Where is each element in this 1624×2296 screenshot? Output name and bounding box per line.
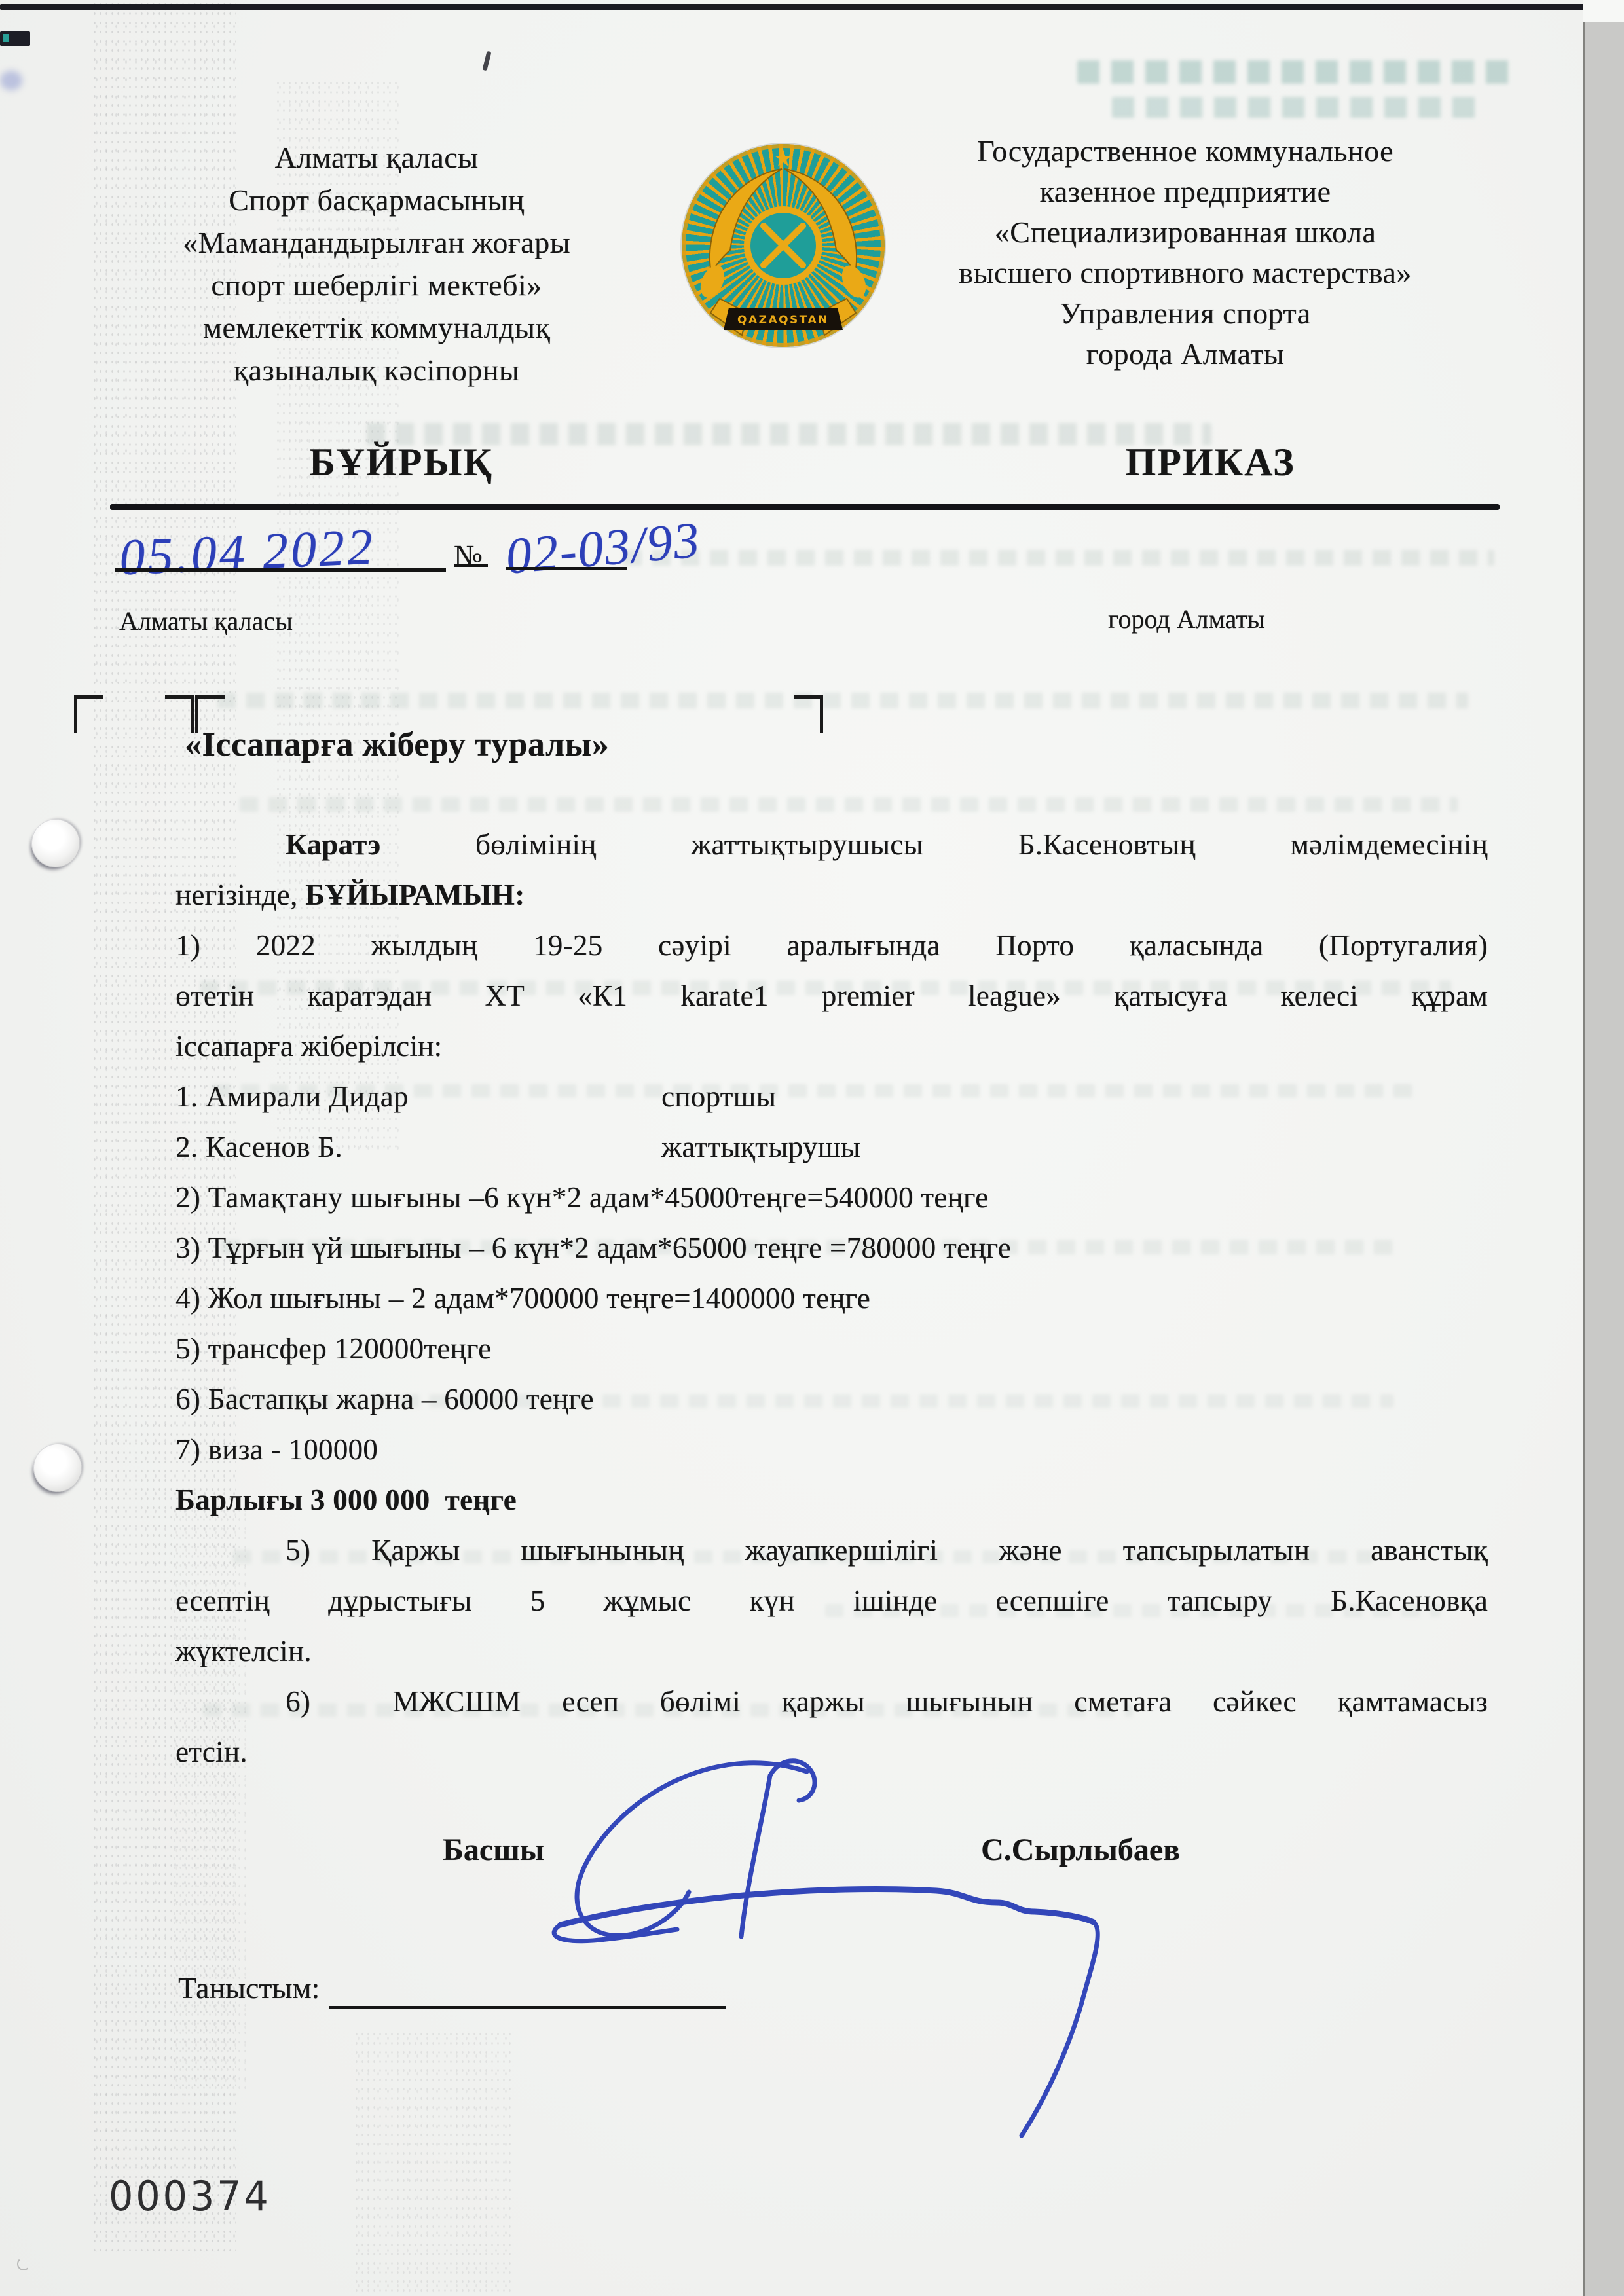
body-line: жүктелсін. — [175, 1626, 1488, 1677]
expense-line: 7) виза - 100000 — [175, 1425, 1488, 1475]
expense-line: 6) Бастапқы жарна – 60000 теңге — [175, 1374, 1488, 1425]
org-line: «Мамандандырылған жоғары — [147, 221, 606, 264]
expense-line: 4) Жол шығыны – 2 адам*700000 теңге=1400… — [175, 1273, 1488, 1324]
date-underline — [115, 568, 446, 572]
body-line: 1) 2022 жылдың 19-25 сәуірі аралығында П… — [175, 920, 1488, 971]
bleedthrough-text — [623, 550, 1494, 566]
place-russian: город Алматы — [1108, 604, 1265, 634]
org-header-russian: Государственное коммунальное казенное пр… — [936, 131, 1434, 374]
order-date-handwritten: 05.04 2022 — [118, 517, 377, 587]
org-line: Государственное коммунальное — [936, 131, 1434, 172]
intro-bold-word: Каратэ — [286, 828, 380, 861]
org-header-kazakh: Алматы қаласы Спорт басқармасының «Маман… — [147, 136, 606, 392]
scan-right-edge — [1583, 22, 1624, 2296]
crop-mark — [794, 695, 823, 733]
kazakhstan-emblem-icon: QAZAQSTAN — [682, 144, 885, 347]
expense-line: 2) Тамақтану шығыны –6 күн*2 адам*45000т… — [175, 1173, 1488, 1223]
org-line: казенное предприятие — [936, 172, 1434, 212]
total-line: Барлығы 3 000 000 теңге — [175, 1475, 1488, 1525]
org-line: высшего спортивного мастерства» — [936, 253, 1434, 293]
scan-pen-mark — [17, 2257, 30, 2270]
order-body: Каратэ бөлімінің жаттықтырушысы Б.Касено… — [175, 820, 1488, 1777]
crew-row: 1. Амирали Дидарспортшы — [175, 1072, 1488, 1122]
body-line: есептің дұрыстығы 5 жұмыс күн ішінде есе… — [175, 1576, 1488, 1626]
crew-role: спортшы — [661, 1072, 776, 1122]
number-underline — [506, 567, 627, 570]
crew-name: 1. Амирали Дидар — [175, 1072, 661, 1122]
intro-rest: бөлімінің жаттықтырушысы Б.Касеновтың мә… — [475, 828, 1488, 861]
intro-lead: негізінде, — [175, 879, 298, 911]
scanned-order-document: Алматы қаласы Спорт басқармасының «Маман… — [0, 0, 1624, 2296]
subject-title: «Іссапарға жіберу туралы» — [185, 725, 609, 764]
acknowledgement-signature-line — [329, 2006, 726, 2009]
order-heading-kazakh: БҰЙРЫҚ — [309, 440, 479, 485]
body-line: іссапарға жіберілсін: — [175, 1021, 1488, 1072]
expense-line: 3) Тұрғын үй шығыны – 6 күн*2 адам*65000… — [175, 1223, 1488, 1273]
hole-punch — [33, 1444, 82, 1492]
body-line: 6) МЖСШМ есеп бөлімі қаржы шығынын смета… — [175, 1677, 1488, 1727]
order-number-handwritten: 02-03/93 — [504, 510, 703, 586]
body-intro-line: негізінде, БҰЙЫРАМЫН: — [175, 870, 1488, 920]
expense-line: 5) трансфер 120000теңге — [175, 1324, 1488, 1374]
number-sign: № — [454, 538, 483, 573]
body-line: етсін. — [175, 1727, 1488, 1777]
crew-name: 2. Касенов Б. — [175, 1122, 661, 1173]
scan-speckle-band — [354, 2030, 511, 2296]
order-verb: БҰЙЫРАМЫН: — [305, 879, 525, 911]
signatory-name: С.Сырлыбаев — [981, 1832, 1180, 1868]
number-sign-underline — [454, 564, 488, 567]
place-kazakh: Алматы қаласы — [119, 606, 293, 636]
bleedthrough-text — [367, 423, 1211, 445]
emblem-banner-text: QAZAQSTAN — [737, 314, 829, 327]
crop-mark — [74, 695, 103, 733]
acknowledgement-label: Таныстым: — [178, 1971, 320, 2005]
body-line: өтетін каратэдан ХТ «К1 karate1 premier … — [175, 971, 1488, 1021]
crew-row: 2. Касенов Б.жаттықтырушы — [175, 1122, 1488, 1173]
bleedthrough-text — [1112, 97, 1479, 118]
emblem-art: QAZAQSTAN — [682, 144, 885, 347]
org-line: Управления спорта — [936, 293, 1434, 334]
org-line: города Алматы — [936, 334, 1434, 374]
org-line: мемлекеттік коммуналдық — [147, 306, 606, 349]
bleedthrough-text — [240, 797, 1458, 812]
scan-ink-smudge — [0, 71, 22, 90]
scan-tick-mark — [482, 51, 491, 71]
separator-rule — [110, 504, 1500, 510]
org-line: «Специализированная школа — [936, 212, 1434, 253]
hole-punch — [31, 819, 80, 867]
org-line: спорт шеберлігі мектебі» — [147, 264, 606, 306]
body-line: 5) Қаржы шығынының жауапкершілігі және т… — [175, 1525, 1488, 1576]
scan-edge-mark-accent — [3, 34, 9, 42]
scan-top-edge-line — [0, 4, 1585, 10]
page-number-stamp: 000374 — [109, 2172, 271, 2220]
org-line: қазыналық кәсіпорны — [147, 349, 606, 392]
bleedthrough-text — [1077, 60, 1509, 84]
bleedthrough-text — [217, 693, 1468, 708]
body-intro-line: Каратэ бөлімінің жаттықтырушысы Б.Касено… — [175, 820, 1488, 870]
org-line: Алматы қаласы — [147, 136, 606, 179]
org-line: Спорт басқармасының — [147, 179, 606, 221]
signature-title: Басшы — [443, 1832, 544, 1868]
crew-role: жаттықтырушы — [661, 1122, 860, 1173]
order-heading-russian: ПРИКАЗ — [1122, 440, 1299, 485]
